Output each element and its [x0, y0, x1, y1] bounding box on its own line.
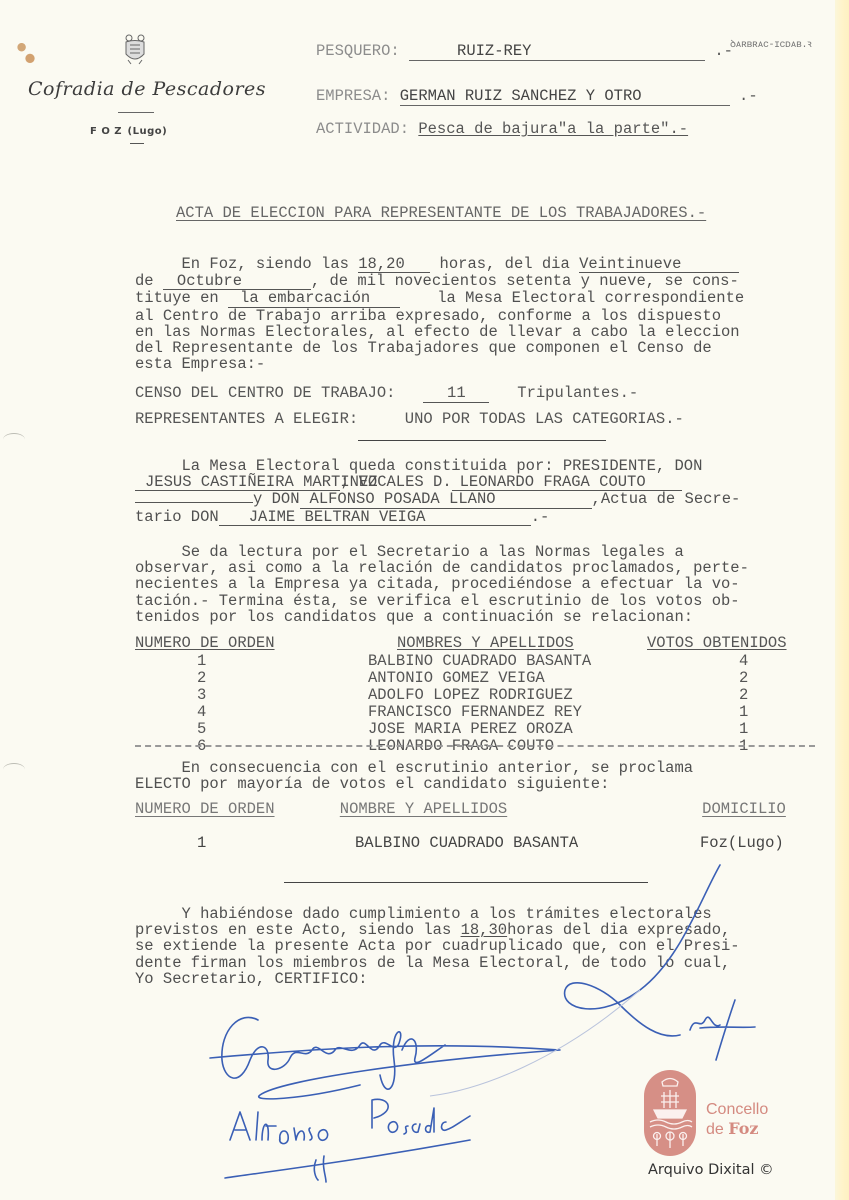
censo-value: 11: [423, 384, 489, 403]
vocal2-field: ALFONSO POSADA LLANO: [300, 491, 592, 508]
representantes-value: UNO POR TODAS LAS CATEGORIAS.-: [405, 410, 684, 428]
text: , de mil novecientos setenta y nueve, se…: [311, 272, 739, 290]
text: tenidos por los candidatos que a continu…: [135, 608, 693, 626]
pesquero-value: RUIZ-REY: [409, 42, 705, 61]
archive-label: Arquivo Dixital ©: [648, 1162, 774, 1178]
column-header: NUMERO DE ORDEN: [135, 800, 275, 818]
organization-name: Cofradia de Pescadores: [28, 78, 268, 100]
intro-paragraph: En Foz, siendo las 18,20 horas, del dia …: [135, 256, 835, 372]
censo-label: CENSO DEL CENTRO DE TRABAJO:: [135, 384, 395, 402]
text: ,Actua de Secre-: [592, 490, 741, 508]
coat-of-arms-icon: [122, 34, 148, 66]
signature-2: [230, 1099, 470, 1143]
column-header: NOMBRE Y APELLIDOS: [297, 800, 550, 818]
text: Yo Secretario, CERTIFICO:: [135, 970, 368, 988]
results-table-header: NUMERO DE ORDEN NOMBRES Y APELLIDOS VOTO…: [135, 634, 815, 652]
empresa-label: EMPRESA:: [316, 87, 390, 105]
empresa-field: EMPRESA: GERMAN RUIZ SANCHEZ Y OTRO .-: [316, 87, 758, 106]
results-table: NUMERO DE ORDEN NOMBRES Y APELLIDOS VOTO…: [135, 634, 815, 754]
elected-order: 1: [197, 834, 206, 852]
rust-stain: [12, 36, 36, 64]
representantes-label: REPRESENTANTES A ELEGIR:: [135, 410, 358, 428]
cell-order: 1: [197, 652, 206, 670]
punch-hole: [3, 433, 25, 446]
cell-name: ANTONIO GOMEZ VEIGA: [368, 669, 545, 687]
results-rows: 1BALBINO CUADRADO BASANTA42ANTONIO GOMEZ…: [135, 652, 815, 754]
text: esta Empresa:-: [135, 355, 265, 373]
censo-line: CENSO DEL CENTRO DE TRABAJO: 11 Tripulan…: [135, 384, 638, 403]
presidente-field: JESUS CASTIÑEIRA MARTINEZ: [135, 474, 340, 491]
column-header: NOMBRES Y APELLIDOS: [397, 634, 574, 652]
punch-hole: [3, 763, 25, 776]
secretario-field: JAIME BELTRAN VEIGA: [219, 509, 531, 526]
stamp-code: ꝺᴀʀʙʀᴀᴄ-ɪᴄᴅᴀʙ.ꝛ: [730, 36, 811, 51]
column-header: VOTOS OBTENIDOS: [647, 634, 787, 652]
text: .-: [531, 508, 550, 526]
actividad-field: ACTIVIDAD: Pesca de bajura"a la parte".-: [316, 120, 688, 138]
cell-name: BALBINO CUADRADO BASANTA: [368, 652, 591, 670]
text: horas, del dia: [430, 255, 579, 273]
text: la Mesa Electoral correspondiente: [400, 289, 744, 307]
censo-unit: Tripulantes.-: [517, 384, 638, 402]
table-row: 6LEONARDO FRAGA COUTO1: [135, 737, 815, 754]
blank-fill: [135, 502, 253, 503]
section-divider: [358, 440, 606, 441]
strikethrough-line: [135, 745, 815, 747]
table-row: 3ADOLFO LOPEZ RODRIGUEZ2: [135, 686, 815, 703]
actividad-value: Pesca de bajura"a la parte".-: [418, 120, 688, 138]
representantes-line: REPRESENTANTES A ELEGIR: UNO POR TODAS L…: [135, 410, 684, 428]
text: y DON: [253, 490, 300, 508]
place-prefix: F O Z: [90, 126, 122, 137]
empresa-suffix: .-: [739, 87, 758, 105]
archive-watermark: Concello de Foz Arquivo Dixital ©: [644, 1070, 814, 1190]
cell-name: JOSE MARIA PEREZ OROZA: [368, 720, 573, 738]
empresa-value: GERMAN RUIZ SANCHEZ Y OTRO: [400, 87, 730, 106]
place-field: la embarcación: [228, 290, 400, 307]
cell-name: ADOLFO LOPEZ RODRIGUEZ: [368, 686, 573, 704]
column-header: NUMERO DE ORDEN: [135, 634, 275, 652]
text: ; VOCALES D.: [340, 473, 452, 491]
divider: [118, 112, 154, 113]
elected-name: BALBINO CUADRADO BASANTA: [355, 834, 578, 852]
text: ELECTO por mayoría de votos el candidato…: [135, 775, 609, 793]
cell-votes: 2: [739, 669, 748, 687]
closing-paragraph: Y habiéndose dado cumplimiento a los trá…: [135, 906, 835, 987]
place-suffix: (Lugo): [128, 126, 168, 137]
organization-place: F O Z (Lugo): [90, 126, 167, 137]
pesquero-suffix: .-: [714, 42, 733, 60]
table-row: 1BALBINO CUADRADO BASANTA4: [135, 652, 815, 669]
cell-order: 2: [197, 669, 206, 687]
pesquero-field: PESQUERO: RUIZ-REY .-: [316, 42, 733, 61]
concello-de-foz-text: Concello de Foz: [706, 1100, 768, 1139]
pesquero-label: PESQUERO:: [316, 42, 400, 60]
cell-votes: 1: [739, 703, 748, 721]
section-divider: [284, 882, 648, 883]
document-title: ACTA DE ELECCION PARA REPRESENTANTE DE L…: [176, 204, 706, 222]
text: tituye en: [135, 289, 228, 307]
consecuencia-paragraph: En consecuencia con el escrutinio anteri…: [135, 760, 835, 792]
text: En Foz, siendo las: [135, 255, 358, 273]
signature-underline: [225, 1140, 470, 1182]
cell-order: 5: [197, 720, 206, 738]
signature-1: [210, 1017, 560, 1098]
logo-line2-bold: Foz: [728, 1119, 758, 1138]
hour-field: 18,20: [358, 256, 430, 273]
vocal1-field: LEONARDO FRAGA COUTO: [452, 474, 682, 491]
table-row: 2ANTONIO GOMEZ VEIGA2: [135, 669, 815, 686]
text: tario DON: [135, 508, 219, 526]
column-header: DOMICILIO: [680, 800, 808, 818]
cell-name: FRANCISCO FERNANDEZ REY: [368, 703, 582, 721]
table-row: 4FRANCISCO FERNANDEZ REY1: [135, 703, 815, 720]
text: de: [135, 272, 163, 290]
actividad-label: ACTIVIDAD:: [316, 120, 409, 138]
cell-votes: 2: [739, 686, 748, 704]
cell-votes: 4: [739, 652, 748, 670]
lectura-paragraph: Se da lectura por el Secretario a las No…: [135, 544, 835, 625]
cell-order: 4: [197, 703, 206, 721]
divider: [130, 143, 144, 144]
concello-de-foz-shield-icon: [644, 1070, 696, 1156]
logo-line2: de Foz: [706, 1119, 768, 1139]
cell-order: 3: [197, 686, 206, 704]
logo-line2-prefix: de: [706, 1121, 728, 1138]
cell-votes: 1: [739, 720, 748, 738]
logo-line1: Concello: [706, 1100, 768, 1119]
month-field: Octubre: [163, 273, 311, 290]
paper-edge: [835, 0, 849, 1200]
day-field: Veintinueve: [579, 256, 739, 273]
table-row: 5JOSE MARIA PEREZ OROZA1: [135, 720, 815, 737]
elected-domicile: Foz(Lugo): [700, 834, 784, 852]
mesa-paragraph: La Mesa Electoral queda constituida por:…: [135, 458, 835, 526]
